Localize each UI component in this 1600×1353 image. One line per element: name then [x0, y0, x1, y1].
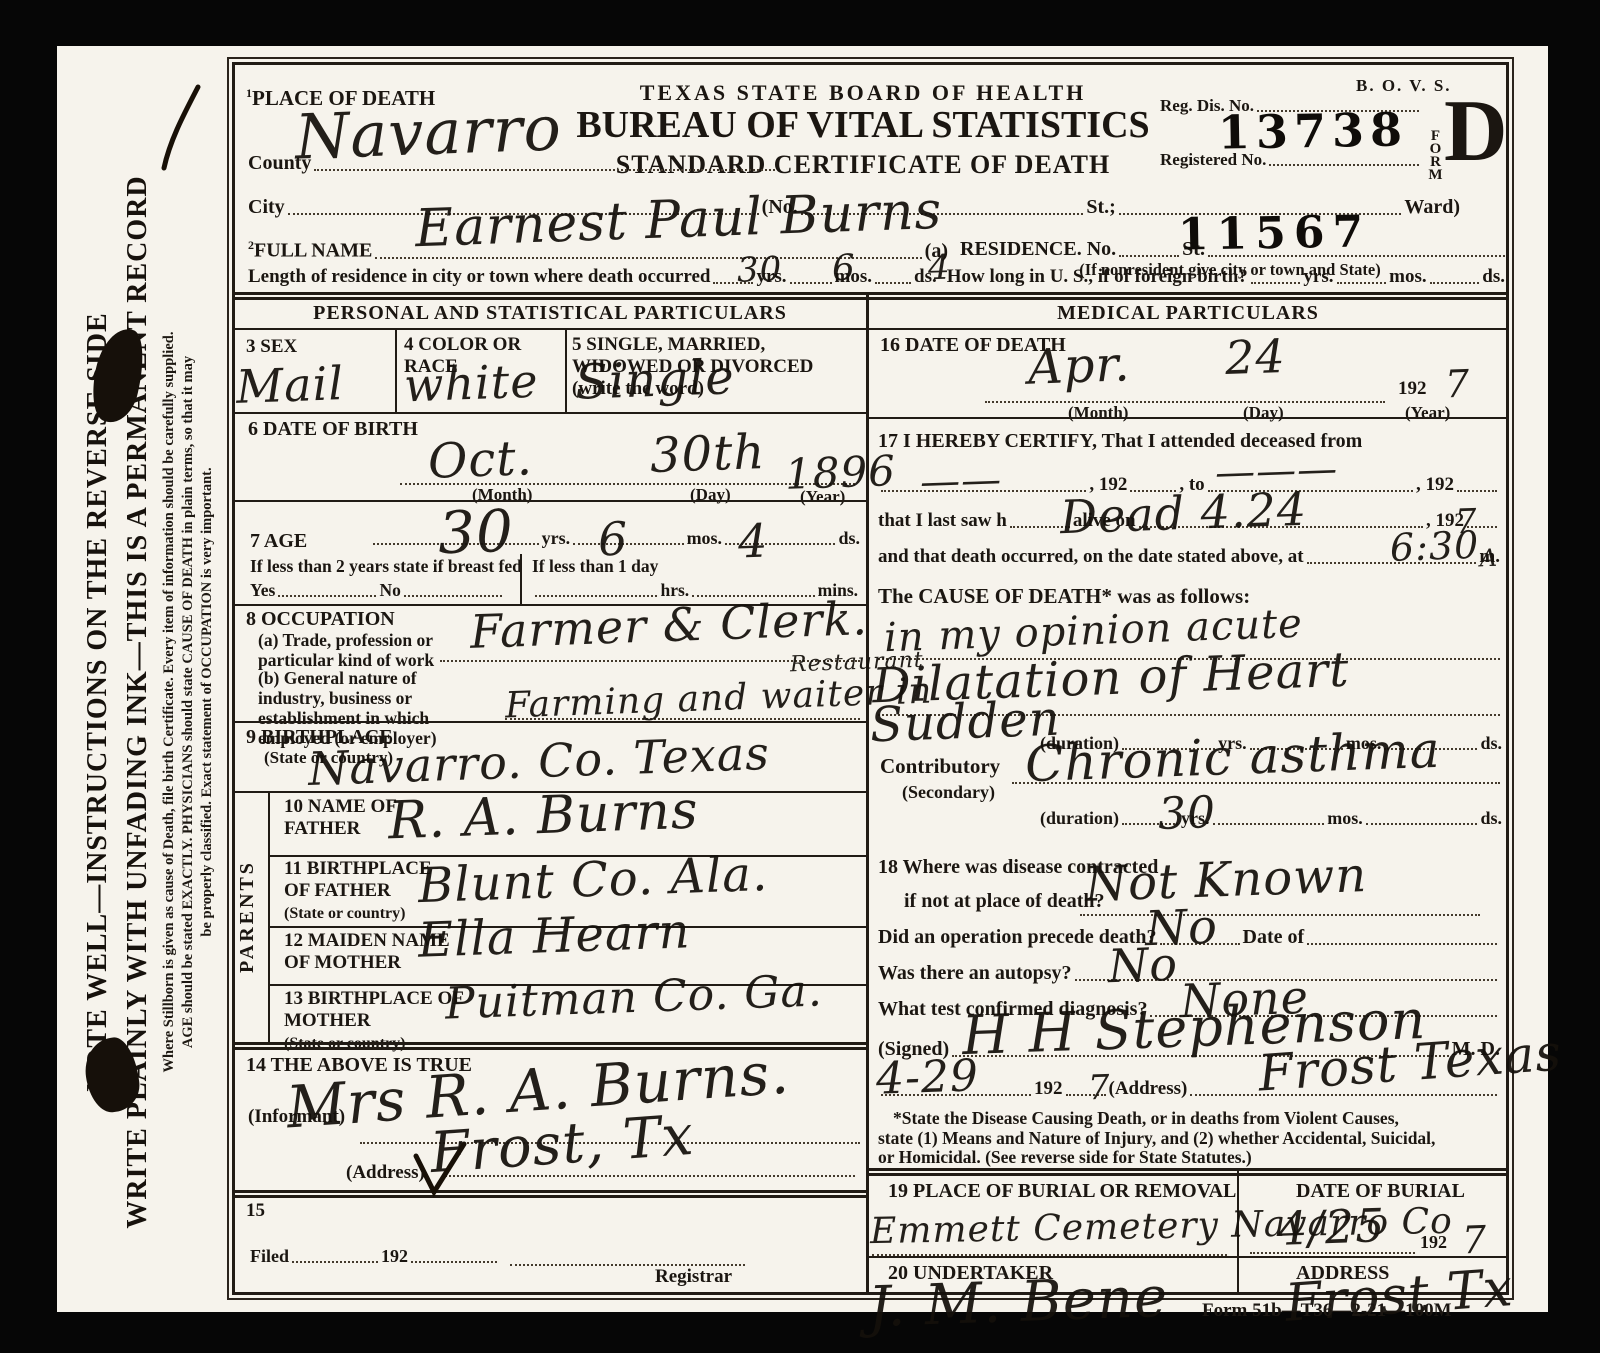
margin-age-note: AGE should be stated EXACTLY. PHYSICIANS…: [179, 144, 198, 1260]
month-caption: (Month): [1068, 403, 1128, 423]
city-ward-label: Ward): [1404, 196, 1460, 219]
blank-line: [1213, 821, 1325, 825]
ds-label: ds.: [1482, 266, 1505, 288]
duration2-row: (duration)yrs.mos.ds.: [1040, 808, 1502, 829]
duration2-handwritten: 30: [1157, 787, 1217, 840]
year-caption: (Year): [1405, 403, 1450, 423]
death-month-handwritten: Apr.: [1027, 336, 1131, 396]
filed-192-label: 192: [381, 1246, 408, 1267]
how-long-in-us-label: How long in U. S., if of foreign birth?: [947, 266, 1248, 288]
ds-label: ds.: [838, 528, 860, 549]
cell-divider: [520, 554, 522, 604]
margin-stillborn-note: Where Stillborn is given as cause of Dea…: [160, 144, 179, 1260]
divider: [868, 328, 1509, 330]
yes-label: Yes: [250, 580, 275, 601]
blank-line: [875, 280, 911, 284]
footnote-line1: *State the Disease Causing Death, or in …: [893, 1108, 1399, 1129]
filed-label: Filed: [250, 1246, 289, 1267]
section-divider: [868, 1168, 1509, 1176]
burial-date-handwritten: 4/25: [1277, 1198, 1386, 1256]
sign-address-label: (Address): [1109, 1078, 1188, 1100]
registrar-label: Registrar: [655, 1266, 732, 1288]
duration-label: (duration): [1040, 808, 1119, 829]
sex-label: 3 SEX: [246, 336, 297, 358]
contributory-label: Contributory: [880, 754, 1000, 779]
full-name-text: FULL NAME: [254, 240, 372, 262]
birth-month-handwritten: Oct.: [427, 430, 534, 490]
autopsy-label: Was there an autopsy?: [878, 962, 1072, 985]
blank-line: [1080, 912, 1480, 916]
residence-number: 11567: [1178, 206, 1372, 260]
father-name-handwritten: R. A. Burns: [387, 781, 699, 852]
residence-years-handwritten: 30: [736, 249, 783, 291]
death-time-value: 6:30: [1389, 523, 1480, 570]
day-caption: (Day): [690, 485, 731, 505]
age-days-handwritten: 4: [737, 513, 769, 568]
blank-line: [1307, 941, 1497, 945]
age-months-handwritten: 6: [597, 511, 629, 566]
blank-line: [1430, 280, 1480, 284]
yrs-label: yrs.: [1303, 266, 1333, 288]
full-name-label: 2FULL NAME: [248, 238, 372, 263]
occupation-label: 8 OCCUPATION: [246, 608, 395, 631]
mos-label: mos.: [687, 528, 723, 549]
death-time-handwritten: 6:30A: [1389, 522, 1498, 575]
form-number: Form 51b—T36—2-21—100M: [1202, 1300, 1452, 1322]
birth-year-handwritten: 1896: [784, 446, 897, 499]
cell-divider: [395, 328, 397, 413]
residence-days-handwritten: 4: [927, 248, 951, 289]
blank-line: [535, 593, 657, 597]
blank-line: [1251, 280, 1301, 284]
autopsy-handwritten: No: [1107, 937, 1179, 993]
cell-divider: [565, 328, 567, 413]
disease-contracted-handwritten: Not Known: [1084, 847, 1368, 913]
undertaker-handwritten: J. M. Bene: [867, 1265, 1169, 1340]
blank-line: [1366, 821, 1478, 825]
birth-day-handwritten: 30th: [649, 424, 766, 484]
less-than-day-label: If less than 1 day: [532, 556, 658, 577]
item-15-label: 15: [246, 1200, 265, 1222]
blank-line: [1269, 162, 1419, 166]
sign-date-handwritten: 4-29: [875, 1050, 980, 1105]
filed-row: Filed192: [250, 1246, 500, 1267]
residence-length-row: Length of residence in city or town wher…: [248, 266, 1505, 288]
sign-year-handwritten: 7: [1087, 1068, 1111, 1109]
divider: [232, 500, 866, 502]
blank-line: [278, 593, 376, 597]
column-divider: [866, 292, 869, 1295]
operation-date-label: Date of: [1243, 926, 1305, 949]
city-label: City: [248, 196, 285, 219]
state-or-country-caption: (State or country): [284, 905, 405, 922]
secondary-caption: (Secondary): [902, 782, 995, 803]
no-label: No: [379, 580, 400, 601]
divider: [232, 328, 866, 330]
last-saw-label: that I last saw h: [878, 510, 1007, 532]
bovs-label: B. O. V. S.: [1356, 76, 1452, 96]
ds-label: ds.: [1480, 808, 1502, 829]
parents-strip-divider: [268, 791, 270, 1042]
blank-line: [1457, 488, 1497, 492]
father-birthplace-text: 11 BIRTHPLACE OF FATHER: [284, 858, 432, 901]
day-caption: (Day): [1243, 403, 1284, 423]
stray-checkmark: [160, 84, 204, 172]
death-year-handwritten: 7: [1444, 362, 1471, 407]
death-time-meridiem: A: [1479, 544, 1498, 573]
blank-line: [404, 593, 502, 597]
footnote-line3: or Homicidal. (See reverse side for Stat…: [878, 1147, 1252, 1168]
sign-192-label: 192: [1034, 1078, 1063, 1100]
divider: [868, 417, 1509, 419]
residence-months-handwritten: 6: [831, 248, 856, 290]
blank-line: [985, 399, 1385, 403]
form-word: FORM: [1428, 130, 1443, 182]
not-at-place-label: if not at place of death?: [904, 890, 1105, 913]
registration-number: 13738: [1218, 102, 1409, 159]
blank-line: [411, 1259, 497, 1263]
divider: [232, 412, 866, 414]
mother-maiden-name-handwritten: Ella Hearn: [417, 903, 691, 968]
medical-section-title: MEDICAL PARTICULARS: [880, 302, 1496, 325]
color-race-handwritten-value: white: [403, 354, 539, 413]
burial-year-handwritten: 7: [1461, 1218, 1488, 1263]
footnote-line2: state (1) Means and Nature of Injury, an…: [878, 1128, 1435, 1149]
mos-label: mos.: [1327, 808, 1363, 829]
place-of-burial-label: 19 PLACE OF BURIAL OR REMOVAL: [888, 1180, 1236, 1203]
parents-vertical-label: PARENTS: [236, 791, 259, 1042]
personal-section-title: PERSONAL AND STATISTICAL PARTICULARS: [240, 302, 860, 325]
stray-tick-mark: [412, 1140, 468, 1200]
section-divider: [232, 292, 1509, 300]
blank-192-label: , 192: [1416, 474, 1454, 496]
certificate-stage: NOTE WELL—INSTRUCTIONS ON THE REVERSE SI…: [0, 0, 1600, 1353]
age-label: 7 AGE: [250, 530, 307, 553]
ds-label: ds.: [1480, 733, 1502, 754]
city-st-label: St.;: [1086, 196, 1115, 219]
length-of-residence-label: Length of residence in city or town wher…: [248, 266, 710, 288]
margin-classified-note: be properly classified. Exact statement …: [198, 144, 217, 1260]
occupation-a-label: (a) Trade, profession or particular kind…: [258, 630, 443, 670]
marital-status-handwritten-value: Single: [574, 349, 735, 411]
mother-birthplace-text: 13 BIRTHPLACE OF MOTHER: [284, 988, 463, 1031]
age-years-handwritten: 30: [437, 497, 515, 568]
last-saw-handwritten: Dead 4.24: [1059, 482, 1308, 545]
form-letter-d: D: [1444, 88, 1508, 176]
residence-label: RESIDENCE. No.: [960, 238, 1116, 261]
date-of-birth-label: 6 DATE OF BIRTH: [248, 418, 418, 441]
county-handwritten-value: Navarro: [294, 91, 563, 173]
divider: [868, 1256, 1509, 1258]
attended-from-dash-handwritten: ——: [919, 457, 1003, 506]
death-day-handwritten: 24: [1224, 329, 1286, 385]
yrs-label: yrs.: [542, 528, 571, 549]
blank-line: [790, 280, 832, 284]
blank-line: [1337, 280, 1387, 284]
section-divider: [232, 1190, 866, 1198]
mos-label: mos.: [1389, 266, 1426, 288]
blank-line: [292, 1259, 378, 1263]
blank-line: [1119, 253, 1179, 257]
yes-no-row: YesNo: [250, 580, 505, 601]
death-year-print: 192: [1398, 378, 1427, 400]
sex-handwritten-value: Mail: [235, 356, 345, 414]
bureau-title: BUREAU OF VITAL STATISTICS: [566, 103, 1160, 147]
death-occurred-label: and that death occurred, on the date sta…: [878, 546, 1304, 568]
